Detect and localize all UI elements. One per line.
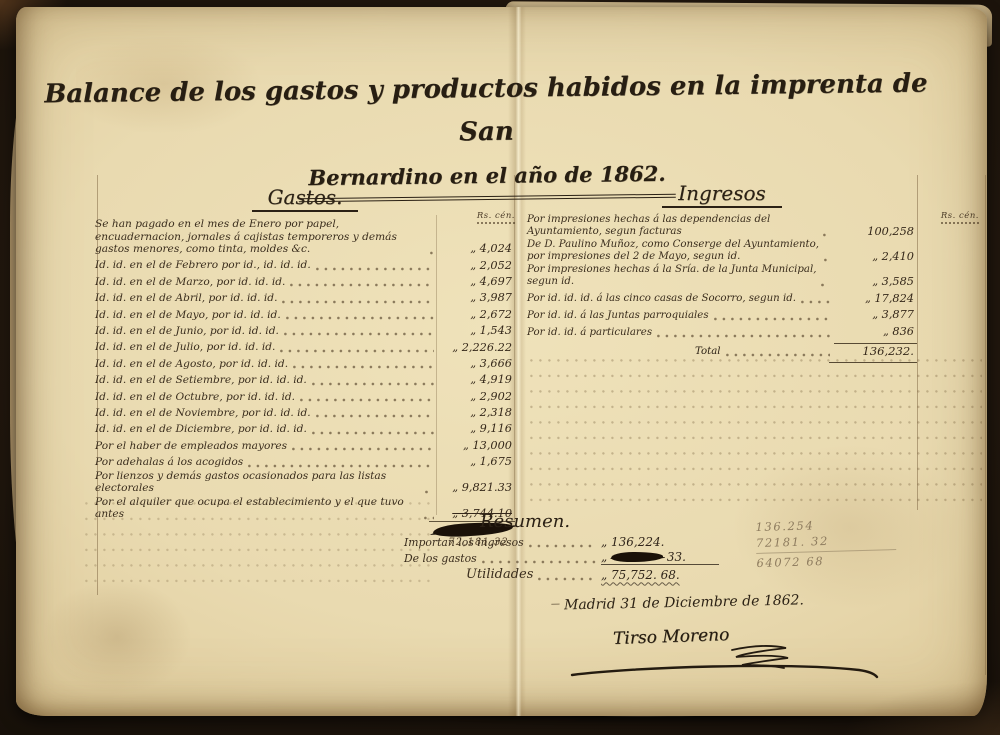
- row-amount: „ 4,024: [438, 242, 515, 255]
- ingresos-total-label: Total: [695, 346, 721, 358]
- resumen-row-amount: „ 136,224.: [601, 535, 719, 549]
- dotted-leader: [248, 458, 434, 468]
- row-amount: „ 3,987: [438, 291, 515, 304]
- dotted-leader: [282, 294, 434, 304]
- ingresos-total-underline: [527, 359, 917, 363]
- ledger-row: Id. id. en el de Junio, por id. id. id.„…: [95, 322, 515, 338]
- row-amount: „ 1,675: [438, 455, 515, 468]
- row-amount: „ 3,877: [834, 308, 917, 321]
- gastos-currency-header: Rs. cén.: [477, 211, 515, 224]
- ledger-row: Por impresiones hechas á las dependencia…: [527, 214, 917, 239]
- ledger-row: Por impresiones hechas á la Sría. de la …: [527, 264, 917, 289]
- row-label: Id. id. en el de Mayo, por id. id. id.: [95, 309, 281, 322]
- resumen-row-amount: „ 75,752. 68.: [601, 568, 719, 582]
- row-label: Id. id. en el de Abril, por id. id. id.: [95, 292, 277, 305]
- photo-backdrop: Balance de los gastos y productos habido…: [0, 0, 1000, 735]
- ledger-row: Por adehalas á los acogidos„ 1,675: [95, 453, 515, 469]
- dotted-leader: [286, 310, 434, 320]
- right-margin-rule: [985, 175, 986, 675]
- row-label: Por el alquiler que ocupa el establecimi…: [95, 496, 419, 521]
- row-amount: „ 2,410: [834, 250, 917, 263]
- row-amount: „ 2,902: [438, 390, 515, 403]
- row-amount: 100,258: [834, 225, 917, 238]
- row-label: Id. id. en el de Marzo, por id. id. id.: [95, 276, 285, 289]
- ledger-row: Id. id. en el de Setiembre, por id. id. …: [95, 371, 515, 387]
- row-label: Por lienzos y demás gastos ocasionados p…: [95, 470, 420, 495]
- dotted-leader: [430, 245, 434, 255]
- dotted-leader: [482, 554, 597, 564]
- ledger-row: Por id. id. á particulares„ 836: [527, 323, 917, 340]
- ledger-row: Id. id. en el de Agosto, por id. id. id.…: [95, 355, 515, 371]
- resumen-row: De los gastos„ 33.: [404, 549, 719, 566]
- ingresos-total-row: Total 136,232.: [527, 343, 917, 360]
- dotted-leader: [316, 261, 434, 271]
- dotted-leader: [312, 376, 434, 386]
- ingresos-total-amount: 136,232.: [834, 343, 917, 359]
- dotted-leader: [300, 392, 434, 402]
- row-label: Id. id. en el de Junio, por id. id. id.: [95, 325, 279, 338]
- dotted-leader: [657, 328, 830, 338]
- row-label: Por id. id. á las Juntas parroquiales: [527, 310, 709, 322]
- ledger-row: Por id. id. á las Juntas parroquiales„ 3…: [527, 306, 917, 323]
- row-label: Id. id. en el de Noviembre, por id. id. …: [95, 407, 311, 420]
- ledger-row: Id. id. en el de Octubre, por id. id. id…: [95, 388, 515, 404]
- dotted-leader: [821, 277, 830, 287]
- row-label: Por el haber de empleados mayores: [95, 440, 287, 453]
- dotted-leader: [425, 484, 434, 494]
- row-label: Id. id. en el de Octubre, por id. id. id…: [95, 391, 295, 404]
- dotted-leader: [290, 277, 434, 287]
- row-amount: „ 4,697: [438, 275, 515, 288]
- row-label: Por impresiones hechas á la Sría. de la …: [527, 264, 816, 288]
- dotted-leader: [280, 343, 434, 353]
- ledger-row: Id. id. en el de Mayo, por id. id. id.„ …: [95, 306, 515, 322]
- row-amount: „ 2,318: [438, 406, 515, 419]
- row-label: Se han pagado en el mes de Enero por pap…: [95, 218, 425, 256]
- ledger-row: Id. id. en el de Abril, por id. id. id.„…: [95, 289, 515, 305]
- ingresos-currency-header: Rs. cén.: [941, 211, 979, 224]
- ledger-row: Por id. id. id. á las cinco casas de Soc…: [527, 289, 917, 306]
- resumen-row-label: Importan los ingresos: [404, 536, 524, 549]
- signature-flourish: [564, 641, 884, 689]
- resumen-row-label: De los gastos: [404, 552, 477, 565]
- ledger-row: Id. id. en el de Marzo, por id. id. id.„…: [95, 273, 515, 289]
- row-amount: „ 17,824: [834, 292, 917, 305]
- dotted-leader: [823, 227, 830, 237]
- dotted-leader: [714, 311, 830, 321]
- row-amount: „ 13,000: [438, 439, 515, 452]
- ledger-row: Por lienzos y demás gastos ocasionados p…: [95, 470, 515, 496]
- ingresos-ledger-column: Ingresos Rs. cén. Por impresiones hechas…: [527, 181, 917, 363]
- ledger-row: Id. id. en el de Noviembre, por id. id. …: [95, 404, 515, 420]
- row-amount: „ 4,919: [438, 373, 515, 386]
- blank-ruled-lines: [530, 359, 982, 509]
- row-amount: „ 836: [834, 325, 917, 338]
- row-label: Por adehalas á los acogidos: [95, 456, 243, 469]
- dotted-leader: [292, 441, 434, 451]
- dotted-leader: [529, 538, 597, 548]
- ledger-row: Se han pagado en el mes de Enero por pap…: [95, 218, 515, 257]
- title-line-1: Balance de los gastos y productos habido…: [44, 69, 928, 148]
- row-amount: „ 9,821.33: [438, 481, 515, 494]
- row-amount: „ 2,672: [438, 308, 515, 321]
- dotted-leader: [824, 252, 830, 262]
- resumen-row-amount: „ 33.: [601, 550, 719, 565]
- resumen-row-label: Utilidades: [466, 567, 533, 582]
- pencil-calculation: 136.25472181. 3264072 68: [755, 515, 896, 571]
- ingresos-rows: Por impresiones hechas á las dependencia…: [527, 214, 917, 340]
- ledger-row: Id. id. en el de Julio, por id. id. id.„…: [95, 338, 515, 354]
- dotted-leader: [312, 425, 434, 435]
- ingresos-column-header: Ingresos: [662, 181, 782, 208]
- row-label: Id. id. en el de Agosto, por id. id. id.: [95, 358, 288, 371]
- row-label: Id. id. en el de Diciembre, por id. id. …: [95, 423, 307, 436]
- ledger-row: Id. id. en el de Febrero por id., id. id…: [95, 257, 515, 273]
- dotted-leader: [538, 571, 597, 581]
- row-label: Id. id. en el de Setiembre, por id. id. …: [95, 374, 307, 387]
- row-amount: „ 9,116: [438, 422, 515, 435]
- row-amount: „ 3,585: [834, 275, 917, 288]
- row-label: De D. Paulino Muñoz, como Conserge del A…: [527, 239, 819, 263]
- ledger-row: De D. Paulino Muñoz, como Conserge del A…: [527, 239, 917, 264]
- ledger-row: Por el haber de empleados mayores„ 13,00…: [95, 437, 515, 453]
- row-label: Por impresiones hechas á las dependencia…: [527, 214, 818, 238]
- row-label: Por id. id. id. á las cinco casas de Soc…: [527, 293, 796, 305]
- dotted-leader: [284, 326, 434, 336]
- row-amount: „ 2,052: [438, 259, 515, 272]
- dotted-leader: [293, 359, 434, 369]
- row-label: Por id. id. á particulares: [527, 327, 652, 339]
- resumen-section: Resumen. Importan los ingresos„ 136,224.…: [404, 511, 904, 582]
- row-label: Id. id. en el de Febrero por id., id. id…: [95, 259, 311, 272]
- row-amount: „ 3,666: [438, 357, 515, 370]
- dotted-leader: [316, 408, 434, 418]
- dotted-leader: [726, 347, 830, 357]
- dotted-leader: [801, 294, 830, 304]
- resumen-row: Importan los ingresos„ 136,224.: [404, 532, 719, 549]
- row-label: Id. id. en el de Julio, por id. id. id.: [95, 341, 275, 354]
- resumen-row: Utilidades„ 75,752. 68.: [404, 565, 719, 582]
- row-amount: „ 1,543: [438, 324, 515, 337]
- gastos-ledger-column: Gastos. Rs. cén. Se han pagado en el mes…: [95, 185, 515, 548]
- gastos-rows: Se han pagado en el mes de Enero por pap…: [95, 218, 515, 522]
- ink-blot: [611, 552, 663, 562]
- manuscript-page: Balance de los gastos y productos habido…: [16, 7, 987, 716]
- ledger-row: Id. id. en el de Diciembre, por id. id. …: [95, 420, 515, 436]
- row-amount: „ 2,226.22: [438, 341, 515, 354]
- gastos-column-header: Gastos.: [252, 185, 359, 212]
